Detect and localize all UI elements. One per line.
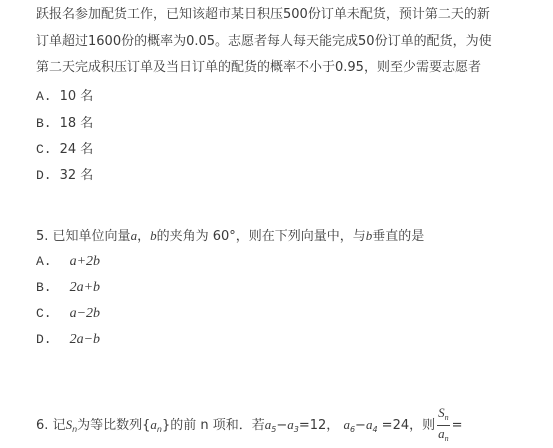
fraction-denominator: an xyxy=(437,426,450,446)
fraction: Snan xyxy=(437,405,450,446)
option-letter: D. xyxy=(36,332,52,347)
question-number: 5. xyxy=(36,229,48,244)
question-6-stem: 6. 记Sn为等比数列{an}的前 n 项和．若a5−a3=12， a6−a4 … xyxy=(36,405,463,446)
option-value: 24 名 xyxy=(60,142,94,157)
text: 垂直的是 xyxy=(372,229,424,244)
option-d: D.2a−b xyxy=(36,331,100,349)
question-number: 6. xyxy=(36,418,48,433)
text: 的夹角为 60°，则在下列向量中，与 xyxy=(157,229,366,244)
option-value: 32 名 xyxy=(60,168,94,183)
option-letter: A. xyxy=(36,89,52,104)
option-value: 18 名 xyxy=(60,116,94,131)
text: ， xyxy=(137,229,150,244)
option-letter: D. xyxy=(36,168,52,183)
option-value: 10 名 xyxy=(60,89,94,104)
option-c: C.a−2b xyxy=(36,305,100,323)
option-b: B.18 名 xyxy=(36,115,93,133)
text: 为等比数列{ xyxy=(77,418,150,433)
option-b: B.2a+b xyxy=(36,279,100,297)
question-4-line-3: 第二天完成积压订单及当日订单的配货的概率不小于0.95，则至少需要志愿者 xyxy=(36,59,481,77)
option-value: a+2b xyxy=(70,254,100,269)
text: − xyxy=(276,418,287,433)
question-4-line-1: 跃报名参加配货工作，已知该超市某日积压500份订单未配货，预计第二天的新 xyxy=(36,6,490,24)
text: =12， xyxy=(299,418,339,433)
subscript: n xyxy=(445,434,449,443)
option-a: A.10 名 xyxy=(36,88,93,106)
option-c: C.24 名 xyxy=(36,141,93,159)
option-value: a−2b xyxy=(70,306,100,321)
subscript: n xyxy=(445,413,449,422)
option-value: 2a−b xyxy=(70,332,100,347)
text: =24，则 xyxy=(378,418,436,433)
option-letter: B. xyxy=(36,116,52,131)
option-letter: B. xyxy=(36,280,52,295)
question-5-stem: 5. 已知单位向量a，b的夹角为 60°，则在下列向量中，与b垂直的是 xyxy=(36,227,424,246)
question-4-line-2: 订单超过1600份的概率为0.05。志愿者每人每天能完成50份订单的配货，为使 xyxy=(36,33,492,51)
option-letter: C. xyxy=(36,306,52,321)
text: = xyxy=(452,418,463,433)
option-value: 2a+b xyxy=(70,280,100,295)
text: − xyxy=(355,418,366,433)
option-letter: A. xyxy=(36,254,52,269)
option-a: A.a+2b xyxy=(36,253,100,271)
text: 已知单位向量 xyxy=(53,229,131,244)
option-letter: C. xyxy=(36,142,52,157)
text: }的前 n 项和．若 xyxy=(162,418,265,433)
fraction-numerator: Sn xyxy=(437,405,450,426)
option-d: D.32 名 xyxy=(36,167,93,185)
text: 记 xyxy=(53,418,66,433)
